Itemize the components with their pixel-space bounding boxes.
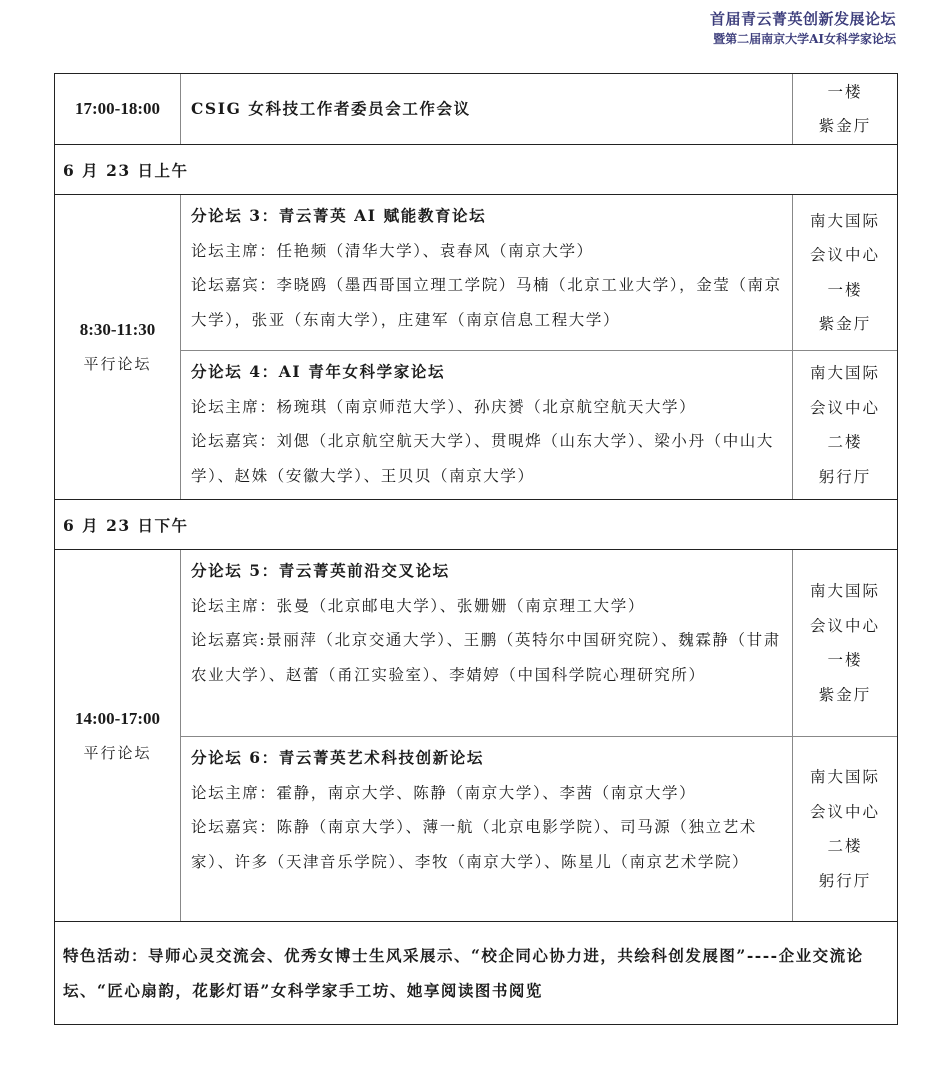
date-row-morning: 6 月 23 日上午 bbox=[55, 144, 897, 194]
venue-line: 会议中心 bbox=[810, 391, 880, 426]
session-title: 分论坛 4：AI 青年女科学家论坛 bbox=[191, 355, 782, 390]
date-row-afternoon: 6 月 23 日下午 bbox=[55, 499, 897, 549]
session-guests: 论坛嘉宾：陈静（南京大学）、薄一航（北京电影学院）、司马源（独立艺术家）、许多（… bbox=[191, 810, 782, 879]
time-label: 8:30-11:30 bbox=[80, 313, 156, 347]
session-title: 分论坛 5：青云菁英前沿交叉论坛 bbox=[191, 554, 782, 589]
table-row-meeting: 17:00-18:00 CSIG 女科技工作者委员会工作会议 一楼 紫金厅 bbox=[55, 74, 897, 144]
document-header: 首届青云菁英创新发展论坛 暨第二届南京大学AI女科学家论坛 bbox=[710, 8, 896, 48]
feature-activities: 特色活动：导师心灵交流会、优秀女博士生风采展示、“校企同心协力进，共绘科创发展图… bbox=[55, 921, 897, 1024]
table-row-morning: 8:30-11:30 平行论坛 分论坛 3：青云菁英 AI 赋能教育论坛 论坛主… bbox=[55, 194, 897, 499]
venue-line: 一楼 bbox=[827, 75, 862, 110]
time-cell: 17:00-18:00 bbox=[55, 74, 181, 144]
venue-line: 一楼 bbox=[827, 273, 862, 308]
forum-title: 首届青云菁英创新发展论坛 bbox=[710, 8, 896, 30]
content-cell: CSIG 女科技工作者委员会工作会议 bbox=[181, 74, 793, 144]
schedule-table: 17:00-18:00 CSIG 女科技工作者委员会工作会议 一楼 紫金厅 6 … bbox=[54, 73, 898, 1025]
venue-cell: 南大国际 会议中心 一楼 紫金厅 bbox=[793, 195, 897, 350]
venue-cell: 一楼 紫金厅 bbox=[793, 74, 897, 144]
venue-line: 躬行厅 bbox=[819, 460, 872, 495]
venue-line: 紫金厅 bbox=[819, 307, 872, 342]
venue-cell: 南大国际 会议中心 一楼 紫金厅 bbox=[793, 550, 897, 736]
forum-subtitle: 暨第二届南京大学AI女科学家论坛 bbox=[710, 30, 896, 48]
session-forum-5: 分论坛 5：青云菁英前沿交叉论坛 论坛主席：张曼（北京邮电大学）、张姗姗（南京理… bbox=[181, 550, 897, 736]
session-type-label: 平行论坛 bbox=[83, 347, 151, 381]
session-forum-3: 分论坛 3：青云菁英 AI 赋能教育论坛 论坛主席：任艳频（清华大学）、袁春风（… bbox=[181, 195, 897, 350]
session-forum-6: 分论坛 6：青云菁英艺术科技创新论坛 论坛主席：霍静，南京大学、陈静（南京大学）… bbox=[181, 736, 897, 921]
time-label: 17:00-18:00 bbox=[75, 92, 160, 126]
venue-line: 南大国际 bbox=[810, 760, 880, 795]
venue-line: 紫金厅 bbox=[819, 678, 872, 713]
time-cell: 8:30-11:30 平行论坛 bbox=[55, 195, 181, 499]
time-cell: 14:00-17:00 平行论坛 bbox=[55, 550, 181, 921]
venue-cell: 南大国际 会议中心 二楼 躬行厅 bbox=[793, 737, 897, 921]
session-chairs: 论坛主席：任艳频（清华大学）、袁春风（南京大学） bbox=[191, 234, 782, 269]
session-chairs: 论坛主席：霍静，南京大学、陈静（南京大学）、李茜（南京大学） bbox=[191, 776, 782, 811]
venue-line: 一楼 bbox=[827, 643, 862, 678]
venue-line: 二楼 bbox=[827, 425, 862, 460]
content-cell: 分论坛 5：青云菁英前沿交叉论坛 论坛主席：张曼（北京邮电大学）、张姗姗（南京理… bbox=[181, 550, 793, 736]
session-chairs: 论坛主席：杨琬琪（南京师范大学）、孙庆赟（北京航空航天大学） bbox=[191, 390, 782, 425]
venue-cell: 南大国际 会议中心 二楼 躬行厅 bbox=[793, 351, 897, 499]
session-forum-4: 分论坛 4：AI 青年女科学家论坛 论坛主席：杨琬琪（南京师范大学）、孙庆赟（北… bbox=[181, 350, 897, 499]
session-title: 分论坛 3：青云菁英 AI 赋能教育论坛 bbox=[191, 199, 782, 234]
content-cell: 分论坛 4：AI 青年女科学家论坛 论坛主席：杨琬琪（南京师范大学）、孙庆赟（北… bbox=[181, 351, 793, 499]
venue-line: 躬行厅 bbox=[819, 864, 872, 899]
venue-line: 二楼 bbox=[827, 829, 862, 864]
venue-line: 南大国际 bbox=[810, 356, 880, 391]
venue-line: 会议中心 bbox=[810, 238, 880, 273]
content-cell: 分论坛 6：青云菁英艺术科技创新论坛 论坛主席：霍静，南京大学、陈静（南京大学）… bbox=[181, 737, 793, 921]
session-guests: 论坛嘉宾：李晓鸥（墨西哥国立理工学院）马楠（北京工业大学），金莹（南京大学），张… bbox=[191, 268, 782, 337]
session-guests: 论坛嘉宾:景丽萍（北京交通大学）、王鹏（英特尔中国研究院）、魏霖静（甘肃农业大学… bbox=[191, 623, 782, 692]
session-title: 分论坛 6：青云菁英艺术科技创新论坛 bbox=[191, 741, 782, 776]
session-type-label: 平行论坛 bbox=[83, 736, 151, 770]
meeting-title: CSIG 女科技工作者委员会工作会议 bbox=[191, 92, 471, 127]
venue-line: 会议中心 bbox=[810, 795, 880, 830]
content-cell: 分论坛 3：青云菁英 AI 赋能教育论坛 论坛主席：任艳频（清华大学）、袁春风（… bbox=[181, 195, 793, 350]
session-guests: 论坛嘉宾：刘偲（北京航空航天大学）、贯晛烨（山东大学）、梁小丹（中山大学）、赵姝… bbox=[191, 424, 782, 493]
venue-line: 紫金厅 bbox=[819, 109, 872, 144]
venue-line: 南大国际 bbox=[810, 574, 880, 609]
time-label: 14:00-17:00 bbox=[75, 702, 160, 736]
session-chairs: 论坛主席：张曼（北京邮电大学）、张姗姗（南京理工大学） bbox=[191, 589, 782, 624]
table-row-afternoon: 14:00-17:00 平行论坛 分论坛 5：青云菁英前沿交叉论坛 论坛主席：张… bbox=[55, 549, 897, 921]
venue-line: 南大国际 bbox=[810, 204, 880, 239]
venue-line: 会议中心 bbox=[810, 609, 880, 644]
